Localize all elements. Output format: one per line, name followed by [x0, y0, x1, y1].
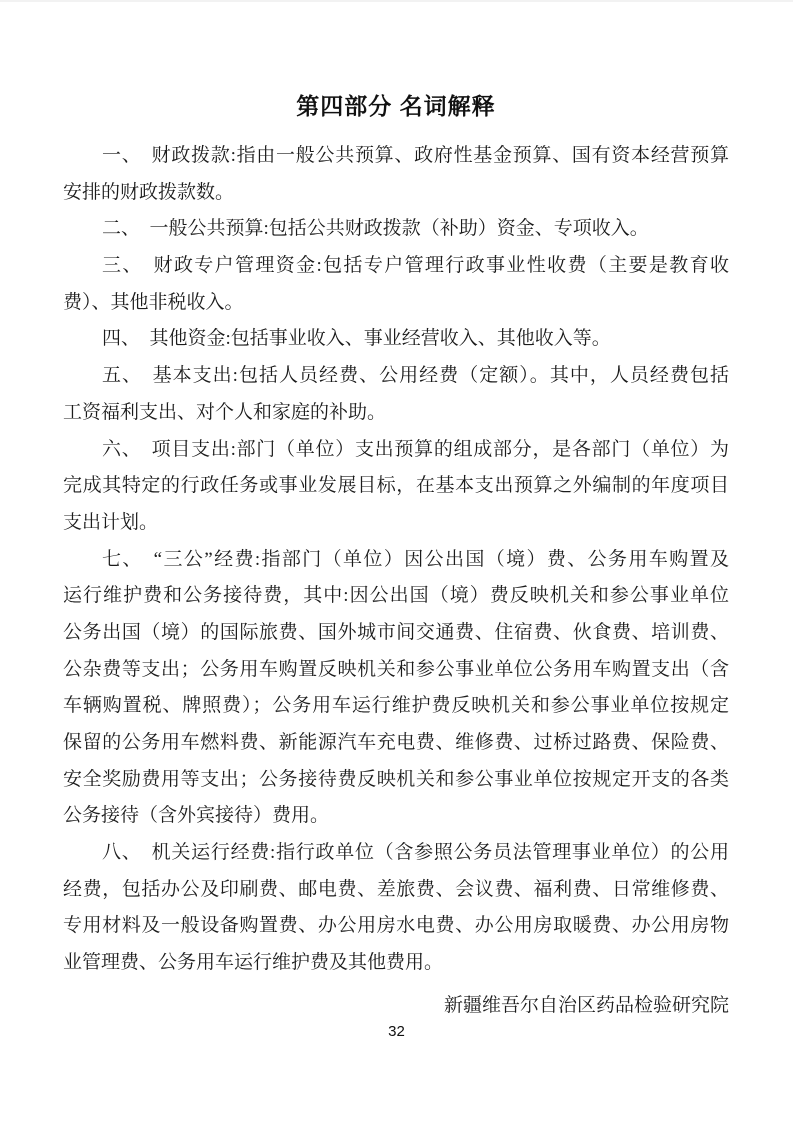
paragraph-line: 四、 其他资金:包括事业收入、事业经营收入、其他收入等。	[63, 321, 729, 358]
paragraph: 二、 一般公共预算:包括公共财政拨款（补助）资金、专项收入。	[63, 211, 729, 248]
paragraph-line: 八、 机关运行经费:指行政单位（含参照公务员法管理事业单位）的公用	[63, 835, 729, 872]
paragraph-line: 费）、其他非税收入。	[63, 285, 729, 322]
paragraph-line: 经费，包括办公及印刷费、邮电费、差旅费、会议费、福利费、日常维修费、	[63, 872, 729, 909]
paragraph-line: 安全奖励费用等支出；公务接待费反映机关和参公事业单位按规定开支的各类	[63, 762, 729, 799]
document-page: 第四部分 名词解释 一、 财政拨款:指由一般公共预算、政府性基金预算、国有资本经…	[0, 0, 793, 1122]
paragraph-line: 五、 基本支出:包括人员经费、公用经费（定额）。其中，人员经费包括	[63, 358, 729, 395]
paragraph: 五、 基本支出:包括人员经费、公用经费（定额）。其中，人员经费包括工资福利支出、…	[63, 358, 729, 431]
paragraph-line: 二、 一般公共预算:包括公共财政拨款（补助）资金、专项收入。	[63, 211, 729, 248]
paragraph: 八、 机关运行经费:指行政单位（含参照公务员法管理事业单位）的公用经费，包括办公…	[63, 835, 729, 982]
paragraph-line: 保留的公务用车燃料费、新能源汽车充电费、维修费、过桥过路费、保险费、	[63, 725, 729, 762]
paragraph-line: 公务出国（境）的国际旅费、国外城市间交通费、住宿费、伙食费、培训费、	[63, 615, 729, 652]
paragraph-line: 七、 “三公”经费:指部门（单位）因公出国（境）费、公务用车购置及	[63, 542, 729, 579]
paragraph: 三、 财政专户管理资金:包括专户管理行政事业性收费（主要是教育收费）、其他非税收…	[63, 248, 729, 321]
paragraph: 一、 财政拨款:指由一般公共预算、政府性基金预算、国有资本经营预算安排的财政拨款…	[63, 138, 729, 211]
paragraph-line: 支出计划。	[63, 505, 729, 542]
paragraph-line: 工资福利支出、对个人和家庭的补助。	[63, 395, 729, 432]
paragraph-line: 公务接待（含外宾接待）费用。	[63, 798, 729, 835]
document-body: 一、 财政拨款:指由一般公共预算、政府性基金预算、国有资本经营预算安排的财政拨款…	[63, 138, 729, 982]
paragraph: 六、 项目支出:部门（单位）支出预算的组成部分，是各部门（单位）为完成其特定的行…	[63, 432, 729, 542]
page-number: 32	[0, 1022, 793, 1042]
paragraph: 七、 “三公”经费:指部门（单位）因公出国（境）费、公务用车购置及运行维护费和公…	[63, 542, 729, 836]
paragraph-line: 完成其特定的行政任务或事业发展目标，在基本支出预算之外编制的年度项目	[63, 468, 729, 505]
section-title: 第四部分 名词解释	[63, 88, 729, 124]
paragraph-line: 安排的财政拨款数。	[63, 175, 729, 212]
paragraph-line: 公杂费等支出；公务用车购置反映机关和参公事业单位公务用车购置支出（含	[63, 652, 729, 689]
paragraph-line: 三、 财政专户管理资金:包括专户管理行政事业性收费（主要是教育收	[63, 248, 729, 285]
signature: 新疆维吾尔自治区药品检验研究院	[63, 988, 729, 1025]
paragraph-line: 一、 财政拨款:指由一般公共预算、政府性基金预算、国有资本经营预算	[63, 138, 729, 175]
paragraph-line: 业管理费、公务用车运行维护费及其他费用。	[63, 945, 729, 982]
paragraph-line: 运行维护费和公务接待费，其中:因公出国（境）费反映机关和参公事业单位	[63, 578, 729, 615]
paragraph-line: 专用材料及一般设备购置费、办公用房水电费、办公用房取暖费、办公用房物	[63, 908, 729, 945]
paragraph: 四、 其他资金:包括事业收入、事业经营收入、其他收入等。	[63, 321, 729, 358]
paragraph-line: 六、 项目支出:部门（单位）支出预算的组成部分，是各部门（单位）为	[63, 432, 729, 469]
paragraph-line: 车辆购置税、牌照费）；公务用车运行维护费反映机关和参公事业单位按规定	[63, 688, 729, 725]
